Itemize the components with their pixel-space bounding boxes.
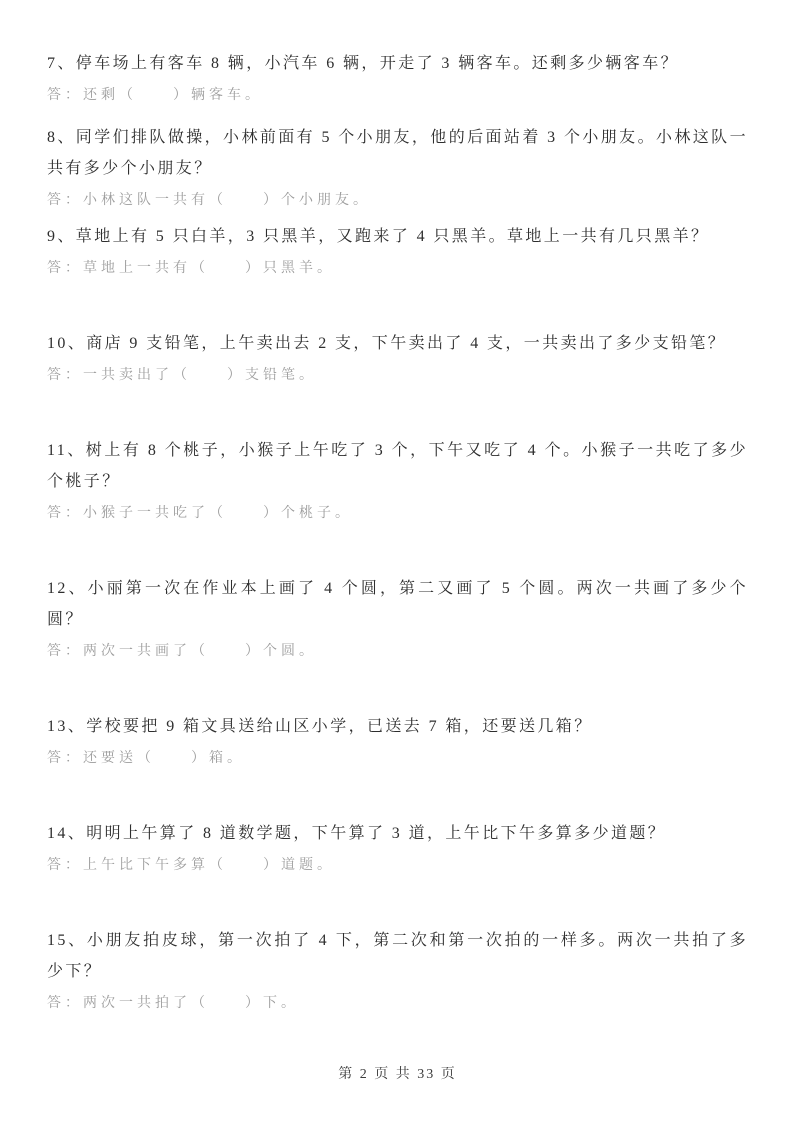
- worksheet-page: 7、停车场上有客车 8 辆，小汽车 6 辆，开走了 3 辆客车。还剩多少辆客车？…: [0, 0, 793, 1122]
- question-block-14: 14、明明上午算了 8 道数学题，下午算了 3 道，上午比下午多算多少道题？ 答…: [47, 818, 748, 879]
- answer-line: 答：两次一共拍了（ ）下。: [47, 991, 748, 1017]
- question-text: 8、同学们排队做操，小林前面有 5 个小朋友，他的后面站着 3 个小朋友。小林这…: [47, 122, 748, 184]
- answer-line: 答：小林这队一共有（ ）个小朋友。: [47, 188, 748, 214]
- page-number-footer: 第 2 页 共 33 页: [47, 1063, 748, 1083]
- question-text: 10、商店 9 支铅笔，上午卖出去 2 支，下午卖出了 4 支，一共卖出了多少支…: [47, 328, 748, 359]
- question-block-9: 9、草地上有 5 只白羊，3 只黑羊，又跑来了 4 只黑羊。草地上一共有几只黑羊…: [47, 221, 748, 282]
- question-block-8: 8、同学们排队做操，小林前面有 5 个小朋友，他的后面站着 3 个小朋友。小林这…: [47, 122, 748, 214]
- question-block-13: 13、学校要把 9 箱文具送给山区小学，已送去 7 箱，还要送几箱？ 答：还要送…: [47, 711, 748, 772]
- answer-line: 答：还剩（ ）辆客车。: [47, 83, 748, 109]
- question-block-7: 7、停车场上有客车 8 辆，小汽车 6 辆，开走了 3 辆客车。还剩多少辆客车？…: [47, 48, 748, 109]
- answer-line: 答：小猴子一共吃了（ ）个桃子。: [47, 501, 748, 527]
- answer-line: 答：草地上一共有（ ）只黑羊。: [47, 256, 748, 282]
- answer-line: 答：两次一共画了（ ）个圆。: [47, 639, 748, 665]
- question-text: 12、小丽第一次在作业本上画了 4 个圆，第二又画了 5 个圆。两次一共画了多少…: [47, 573, 748, 635]
- question-text: 14、明明上午算了 8 道数学题，下午算了 3 道，上午比下午多算多少道题？: [47, 818, 748, 849]
- question-text: 9、草地上有 5 只白羊，3 只黑羊，又跑来了 4 只黑羊。草地上一共有几只黑羊…: [47, 221, 748, 252]
- question-block-12: 12、小丽第一次在作业本上画了 4 个圆，第二又画了 5 个圆。两次一共画了多少…: [47, 573, 748, 665]
- answer-line: 答：上午比下午多算（ ）道题。: [47, 853, 748, 879]
- question-block-15: 15、小朋友拍皮球，第一次拍了 4 下，第二次和第一次拍的一样多。两次一共拍了多…: [47, 925, 748, 1017]
- answer-line: 答：一共卖出了（ ）支铅笔。: [47, 363, 748, 389]
- question-block-10: 10、商店 9 支铅笔，上午卖出去 2 支，下午卖出了 4 支，一共卖出了多少支…: [47, 328, 748, 389]
- question-text: 15、小朋友拍皮球，第一次拍了 4 下，第二次和第一次拍的一样多。两次一共拍了多…: [47, 925, 748, 987]
- question-text: 7、停车场上有客车 8 辆，小汽车 6 辆，开走了 3 辆客车。还剩多少辆客车？: [47, 48, 748, 79]
- answer-line: 答：还要送（ ）箱。: [47, 746, 748, 772]
- question-block-11: 11、树上有 8 个桃子，小猴子上午吃了 3 个，下午又吃了 4 个。小猴子一共…: [47, 435, 748, 527]
- question-text: 11、树上有 8 个桃子，小猴子上午吃了 3 个，下午又吃了 4 个。小猴子一共…: [47, 435, 748, 497]
- question-text: 13、学校要把 9 箱文具送给山区小学，已送去 7 箱，还要送几箱？: [47, 711, 748, 742]
